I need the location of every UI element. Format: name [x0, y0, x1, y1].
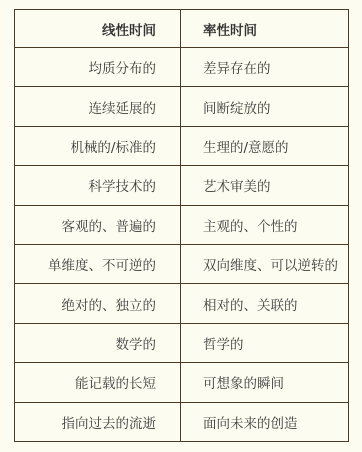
linear-cell: 指向过去的流逝 [15, 402, 181, 441]
willful-cell: 艺术审美的 [181, 166, 349, 205]
table-row: 数学的 哲学的 [15, 323, 349, 362]
header-willful-time: 率性时间 [181, 10, 349, 48]
table-row: 客观的、普遍的 主观的、个性的 [15, 205, 349, 244]
linear-cell: 客观的、普遍的 [15, 205, 181, 244]
linear-cell: 单维度、不可逆的 [15, 244, 181, 283]
table-row: 指向过去的流逝 面向未来的创造 [15, 402, 349, 441]
linear-cell: 连续延展的 [15, 87, 181, 126]
willful-cell: 可想象的瞬间 [181, 363, 349, 402]
table-row: 机械的/标准的 生理的/意愿的 [15, 126, 349, 165]
table-row: 均质分布的 差异存在的 [15, 48, 349, 87]
linear-cell: 均质分布的 [15, 48, 181, 87]
header-linear-time: 线性时间 [15, 10, 181, 48]
table-header-row: 线性时间 率性时间 [15, 10, 349, 48]
linear-cell: 数学的 [15, 323, 181, 362]
willful-cell: 主观的、个性的 [181, 205, 349, 244]
linear-cell: 绝对的、独立的 [15, 284, 181, 323]
willful-cell: 间断绽放的 [181, 87, 349, 126]
table-row: 单维度、不可逆的 双向维度、可以逆转的 [15, 244, 349, 283]
willful-cell: 双向维度、可以逆转的 [181, 244, 349, 283]
willful-cell: 差异存在的 [181, 48, 349, 87]
table-row: 科学技术的 艺术审美的 [15, 166, 349, 205]
willful-cell: 相对的、关联的 [181, 284, 349, 323]
willful-cell: 面向未来的创造 [181, 402, 349, 441]
willful-cell: 哲学的 [181, 323, 349, 362]
comparison-table-container: 线性时间 率性时间 均质分布的 差异存在的 连续延展的 间断绽放的 机械的/标准… [14, 9, 349, 442]
linear-cell: 科学技术的 [15, 166, 181, 205]
linear-cell: 机械的/标准的 [15, 126, 181, 165]
time-comparison-table: 线性时间 率性时间 均质分布的 差异存在的 连续延展的 间断绽放的 机械的/标准… [14, 9, 349, 442]
table-row: 绝对的、独立的 相对的、关联的 [15, 284, 349, 323]
table-row: 连续延展的 间断绽放的 [15, 87, 349, 126]
table-row: 能记载的长短 可想象的瞬间 [15, 363, 349, 402]
willful-cell: 生理的/意愿的 [181, 126, 349, 165]
linear-cell: 能记载的长短 [15, 363, 181, 402]
